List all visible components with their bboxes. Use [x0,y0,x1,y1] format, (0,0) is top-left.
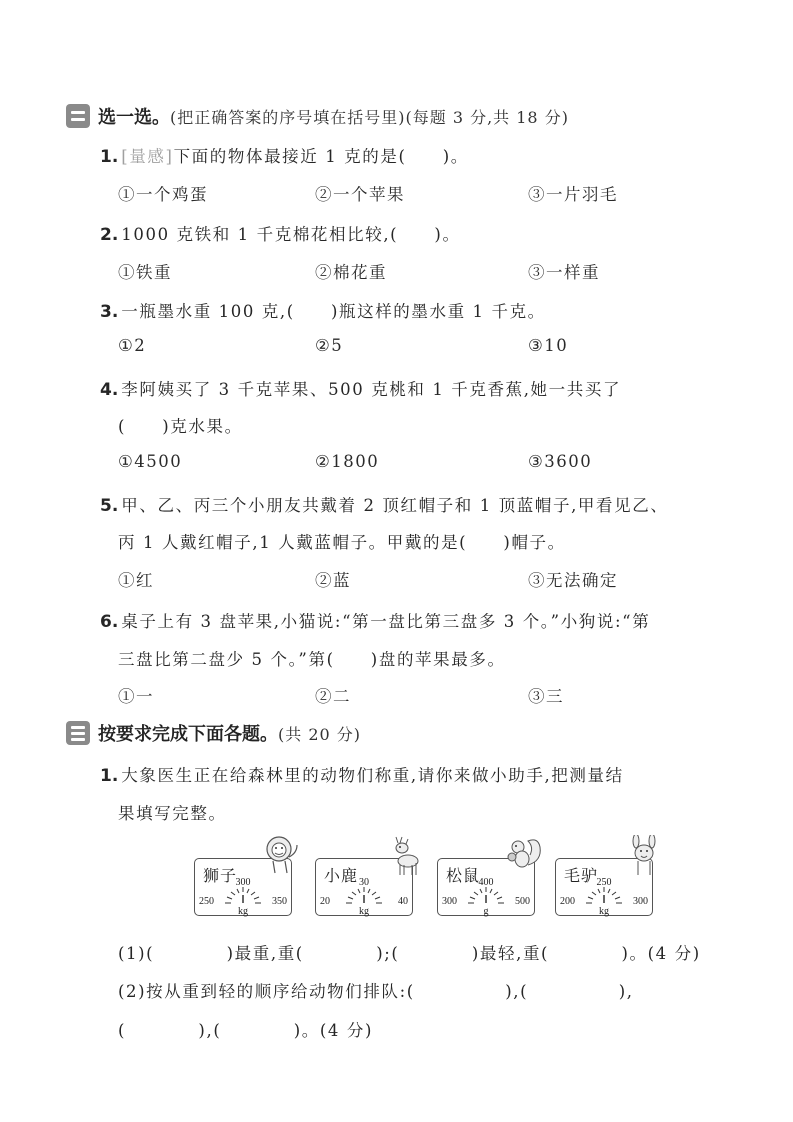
option-2-1: ①铁重 [118,259,172,283]
option-2-2: ②棉花重 [315,259,387,283]
option-2-3: ③一样重 [528,259,600,283]
option-3-3: ③10 [528,336,568,355]
squirrel-icon [504,835,544,873]
section-2-title: 选一选。 [98,103,170,129]
section-3-header: 按要求完成下面各题。 (共 20 分) [66,720,361,746]
question-number: 2. [100,225,118,245]
option-1-1: ①一个鸡蛋 [118,181,208,205]
option-1-2: ②一个苹果 [315,181,405,205]
question-text-line-1: 甲、乙、丙三个小朋友共戴着 2 顶红帽子和 1 顶蓝帽子,甲看见乙、 [121,496,668,515]
option-4-1: ①4500 [118,452,182,471]
question-4: 4.李阿姨买了 3 千克苹果、500 克桃和 1 千克香蕉,她一共买了 [100,376,621,400]
scale-unit: g [438,906,534,917]
option-4-2: ②1800 [315,452,379,471]
sub-question-2-line-2: ( ),( )。(4 分) [118,1017,373,1041]
section-2-header: 选一选。 (把正确答案的序号填在括号里)(每题 3 分,共 18 分) [66,103,569,129]
question-5: 5.甲、乙、丙三个小朋友共戴着 2 顶红帽子和 1 顶蓝帽子,甲看见乙、 [100,492,668,516]
section-3-note: (共 20 分) [278,722,361,745]
scale-card-deer: 小鹿 30 20 40 kg [315,858,413,916]
question-text: 一瓶墨水重 100 克,( )瓶这样的墨水重 1 千克。 [121,302,546,321]
question-number: 1. [100,147,118,167]
scale-card-donkey: 毛驴 250 200 300 kg [555,858,653,916]
scale-unit: kg [195,906,291,917]
question-number: 6. [100,612,118,632]
dial-icon [466,887,506,905]
question-text-line-1: 桌子上有 3 盘苹果,小猫说:“第一盘比第三盘多 3 个。”小狗说:“第 [121,612,650,631]
deer-icon [388,835,422,877]
donkey-icon [626,835,662,877]
question-6: 6.桌子上有 3 盘苹果,小猫说:“第一盘比第三盘多 3 个。”小狗说:“第 [100,608,650,632]
option-5-3: ③无法确定 [528,567,618,591]
question-1: 1.[量感]下面的物体最接近 1 克的是( )。 [100,143,469,167]
question-6-line-2: 三盘比第二盘少 5 个。”第( )盘的苹果最多。 [118,646,506,670]
option-3-2: ②5 [315,336,343,355]
section-3-question-1: 1.大象医生正在给森林里的动物们称重,请你来做小助手,把测量结 [100,762,624,786]
question-number: 3. [100,302,118,322]
question-3: 3.一瓶墨水重 100 克,( )瓶这样的墨水重 1 千克。 [100,298,546,322]
section-2-badge-icon [66,104,90,128]
option-3-1: ①2 [118,336,146,355]
section-3-question-1-line-2: 果填写完整。 [118,800,227,824]
option-1-3: ③一片羽毛 [528,181,618,205]
dial-icon [223,887,263,905]
question-tag: [量感] [121,147,173,166]
option-5-1: ①红 [118,567,154,591]
option-5-2: ②蓝 [315,567,351,591]
dial-icon [344,887,384,905]
scale-card-squirrel: 松鼠 400 300 500 g [437,858,535,916]
option-6-1: ①一 [118,683,154,707]
lion-icon [263,835,301,875]
sub-question-2-line-1: (2)按从重到轻的顺序给动物们排队:( ),( ), [118,978,634,1002]
scale-unit: kg [556,906,652,917]
scale-unit: kg [316,906,412,917]
question-text-line-1: 大象医生正在给森林里的动物们称重,请你来做小助手,把测量结 [121,766,623,785]
question-number: 4. [100,380,118,400]
question-2: 2.1000 克铁和 1 千克棉花相比较,( )。 [100,221,461,245]
question-5-line-2: 丙 1 人戴红帽子,1 人戴蓝帽子。甲戴的是( )帽子。 [118,529,566,553]
sub-question-1: (1)( )最重,重( );( )最轻,重( )。(4 分) [118,940,701,964]
question-4-line-2: ( )克水果。 [118,413,243,437]
question-text-line-1: 李阿姨买了 3 千克苹果、500 克桃和 1 千克香蕉,她一共买了 [121,380,621,399]
section-3-title: 按要求完成下面各题。 [98,720,278,746]
section-2-note: (把正确答案的序号填在括号里)(每题 3 分,共 18 分) [170,105,569,128]
question-number: 1. [100,766,118,786]
option-6-2: ②二 [315,683,351,707]
question-text: 1000 克铁和 1 千克棉花相比较,( )。 [121,225,460,244]
option-4-3: ③3600 [528,452,592,471]
section-3-badge-icon [66,721,90,745]
question-number: 5. [100,496,118,516]
scale-card-lion: 狮子 300 250 350 kg [194,858,292,916]
option-6-3: ③三 [528,683,564,707]
dial-icon [584,887,624,905]
question-text: 下面的物体最接近 1 克的是( )。 [174,147,469,166]
